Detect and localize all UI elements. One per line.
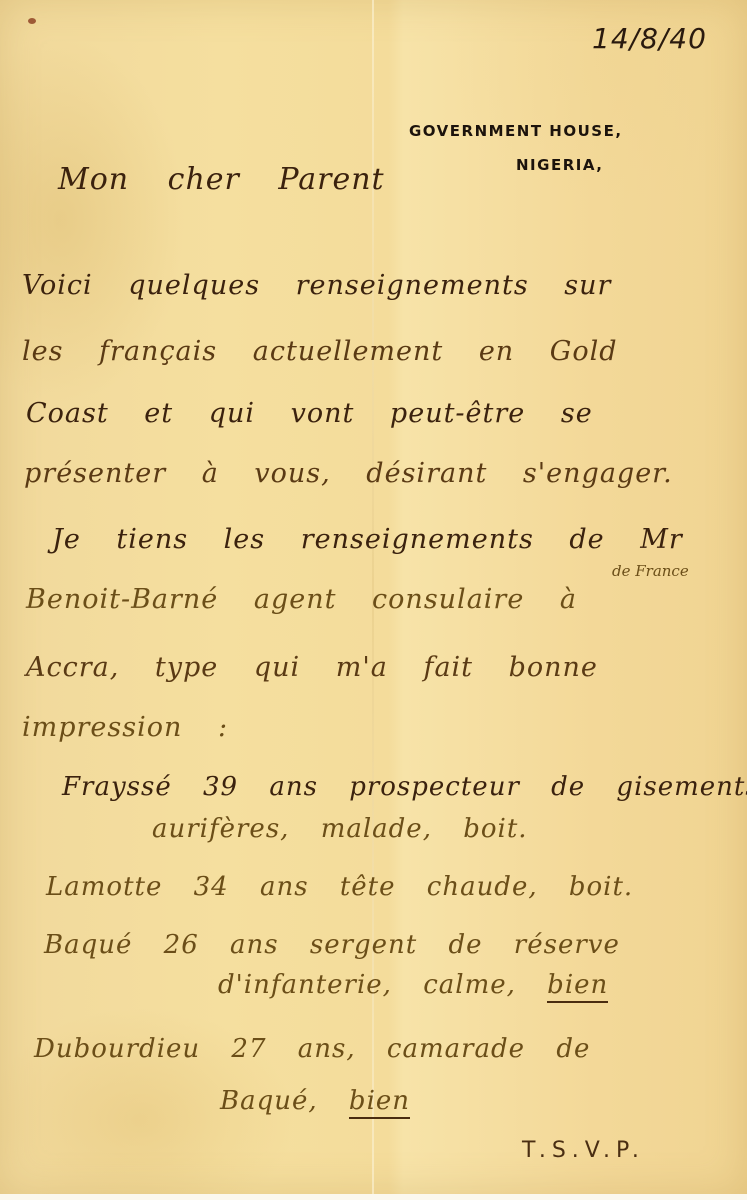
entry-lamotte: Lamotte 34 ans tête chaude, boit. (46, 872, 633, 902)
letterhead-line-2: NIGERIA, (516, 156, 603, 174)
body-line: Benoit-Barné agent consulaire à (26, 584, 577, 615)
emphasis-word: bien (547, 970, 608, 1003)
entry-text: Baqué, (220, 1086, 318, 1116)
entry-baque-line-2: d'infanterie, calme, bien (218, 970, 608, 1000)
salutation: Mon cher Parent (58, 162, 385, 197)
entry-dubourdieu-line-1: Dubourdieu 27 ans, camarade de (34, 1034, 590, 1064)
emphasis-word: bien (349, 1086, 410, 1119)
entry-baque-line-1: Baqué 26 ans sergent de réserve (44, 930, 620, 960)
body-line: Voici quelques renseignements sur (22, 270, 611, 301)
ink-spot (28, 18, 36, 24)
entry-text: d'infanterie, calme, (218, 970, 516, 1000)
letterhead-line-1: GOVERNMENT HOUSE, (409, 122, 623, 140)
body-line: Accra, type qui m'a fait bonne (26, 652, 598, 683)
body-line: Coast et qui vont peut-être se (26, 398, 593, 429)
body-line: impression : (22, 712, 228, 743)
entry-fraysse-line-2: aurifères, malade, boit. (152, 814, 528, 844)
closing-tsvp: T.S.V.P. (522, 1138, 645, 1163)
letter-date: 14/8/40 (592, 22, 707, 55)
body-line: présenter à vous, désirant s'engager. (24, 458, 673, 489)
body-line: les français actuellement en Gold (22, 336, 618, 367)
body-line: Je tiens les renseignements de Mr (52, 524, 683, 555)
letter-page: 14/8/40 GOVERNMENT HOUSE, NIGERIA, Mon c… (0, 0, 747, 1194)
insertion-note: de France (612, 562, 689, 580)
entry-fraysse-line-1: Frayssé 39 ans prospecteur de gisements (62, 772, 747, 802)
entry-dubourdieu-line-2: Baqué, bien (220, 1086, 410, 1116)
